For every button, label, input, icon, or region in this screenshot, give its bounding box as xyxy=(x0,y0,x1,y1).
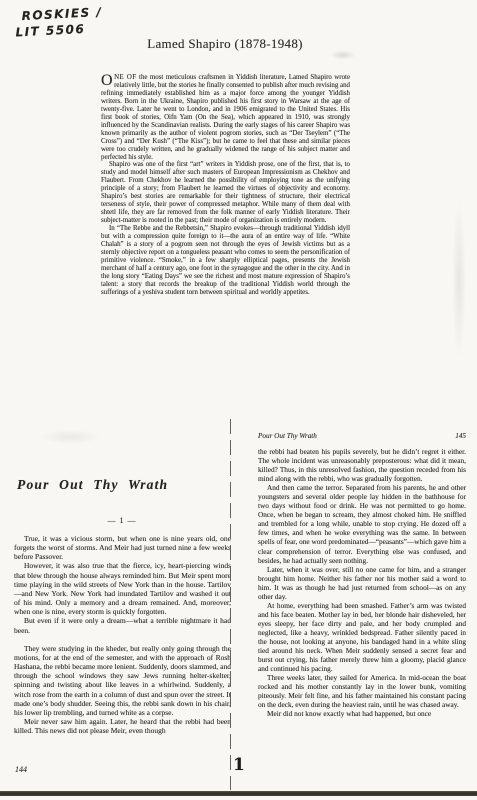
drop-cap: O xyxy=(101,74,114,88)
story-paragraph: But even if it were only a dream—what a … xyxy=(14,616,231,634)
story-paragraph: the rebbi had beaten his pupils severely… xyxy=(258,447,466,483)
story-paragraph: Later, when it was over, still no one ca… xyxy=(258,565,466,601)
intro-text-block: ONE OF the most meticulous craftsmen in … xyxy=(101,74,350,297)
story-paragraph: They were studying in the kheder, but re… xyxy=(14,644,231,717)
handwritten-note: ROSKIES / LIT 5506 xyxy=(21,5,103,39)
intro-paragraph-3: In “The Rebbe and the Rebbetsin,” Shapir… xyxy=(101,225,350,297)
story-paragraph: Meir never saw him again. Later, he hear… xyxy=(14,717,231,735)
intro-paragraph-2: Shapiro was one of the first “art” write… xyxy=(101,161,350,225)
story-paragraph: And then came the terror. Separated from… xyxy=(258,483,466,564)
page-title: Lamed Shapiro (1878-1948) xyxy=(100,36,350,52)
running-header: Pour Out Thy Wrath 145 xyxy=(258,432,466,440)
section-number-marker: — 1 — xyxy=(16,516,228,525)
page-fold-line xyxy=(230,419,231,790)
page-number-144: 144 xyxy=(15,765,27,774)
story-paragraph: At home, everything had been smashed. Fa… xyxy=(258,601,466,673)
handwritten-note-line1: ROSKIES / xyxy=(21,5,102,23)
scan-smudge xyxy=(452,200,466,360)
copier-edge-bar xyxy=(0,791,477,796)
scanned-book-page: ROSKIES / LIT 5506 Lamed Shapiro (1878-1… xyxy=(0,0,477,800)
page-number-145: 145 xyxy=(455,432,466,440)
scan-smudge xyxy=(40,430,100,444)
pencil-page-mark: 1 xyxy=(233,755,245,775)
story-paragraph: However, it was also true that the fierc… xyxy=(14,561,231,616)
story-paragraph: Three weeks later, they sailed for Ameri… xyxy=(258,673,466,709)
intro-paragraph-1-text: the most meticulous craftsmen in Yiddish… xyxy=(101,74,350,161)
story-right-column: the rebbi had beaten his pupils severely… xyxy=(258,447,466,718)
story-paragraph: True, it was a vicious storm, but when o… xyxy=(14,534,231,561)
intro-paragraph-1: ONE OF the most meticulous craftsmen in … xyxy=(101,74,350,161)
story-left-column: True, it was a vicious storm, but when o… xyxy=(14,534,231,735)
lead-in-caps: NE OF xyxy=(114,74,136,81)
story-paragraph: Meir did not know exactly what had happe… xyxy=(258,709,466,718)
story-title: Pour Out Thy Wrath xyxy=(17,477,168,493)
running-header-title: Pour Out Thy Wrath xyxy=(258,432,317,440)
handwritten-note-line2: LIT 5506 xyxy=(15,21,103,40)
